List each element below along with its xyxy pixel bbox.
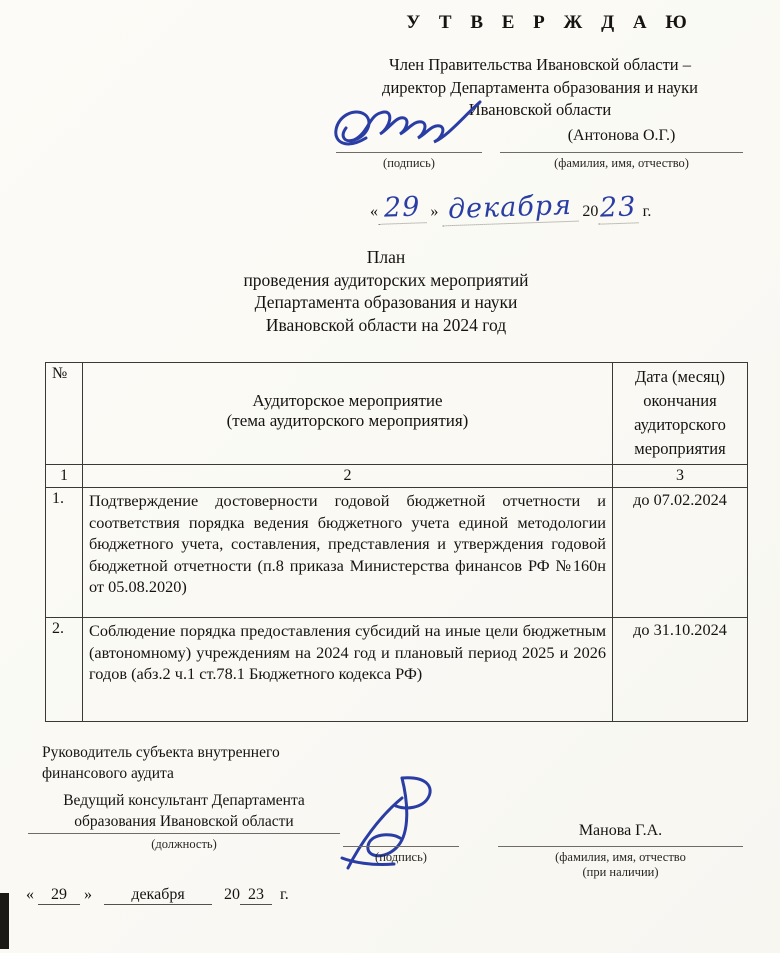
header-date-line: мероприятия xyxy=(619,437,741,461)
footer-name-caption-line: (фамилия, имя, отчество xyxy=(498,850,743,865)
header-cell-number: № xyxy=(46,363,83,465)
audit-plan-table: № Аудиторское мероприятие (тема аудиторс… xyxy=(45,362,748,722)
approval-line: директор Департамента образования и наук… xyxy=(325,77,755,100)
footer-date-month: декабря xyxy=(104,886,212,905)
footer-date-suffix: г. xyxy=(280,886,289,903)
header-cell-date: Дата (месяц) окончания аудиторского меро… xyxy=(613,363,748,465)
header-cell-event: Аудиторское мероприятие (тема аудиторско… xyxy=(83,363,613,465)
footer-role: Руководитель субъекта внутреннего финанс… xyxy=(42,742,280,784)
name-caption: (фамилия, имя, отчество) xyxy=(500,156,743,171)
footer-role-line: финансового аудита xyxy=(42,763,280,784)
approval-date-year: 23 xyxy=(598,191,639,224)
row-event-text: Подтверждение достоверности годовой бюдж… xyxy=(83,488,613,618)
approval-date-prefix: 20 xyxy=(582,203,598,220)
position-rule xyxy=(28,833,340,834)
table-row: 2. Соблюдение порядка предоставления суб… xyxy=(46,618,748,722)
signature-rule xyxy=(336,152,482,153)
footer-date: « 29 » декабря 2023 г. xyxy=(26,886,289,905)
title-line: Департамента образования и науки xyxy=(0,291,772,314)
title-line: Ивановской области на 2024 год xyxy=(0,314,772,337)
approver-name: (Антонова О.Г.) xyxy=(500,127,743,145)
approval-date: «29 » декабря 2023 г. xyxy=(370,192,651,224)
footer-name-rule xyxy=(498,846,743,847)
colnum-cell: 1 xyxy=(46,465,83,488)
document-title: План проведения аудиторских мероприятий … xyxy=(0,246,772,336)
footer-position-line: Ведущий консультант Департамента xyxy=(28,790,340,811)
approval-date-month: декабря xyxy=(442,190,579,227)
footer-date-prefix: 20 xyxy=(224,886,240,903)
title-line: проведения аудиторских мероприятий xyxy=(0,269,772,292)
position-caption: (должность) xyxy=(28,837,340,852)
footer-position-line: образования Ивановской области xyxy=(28,811,340,832)
footer-name-caption-line: (при наличии) xyxy=(498,865,743,880)
colnum-cell: 2 xyxy=(83,465,613,488)
approval-date-suffix: г. xyxy=(643,203,652,220)
header-date-line: Дата (месяц) xyxy=(619,365,741,389)
row-number: 2. xyxy=(46,618,83,722)
title-line: План xyxy=(0,246,772,269)
approval-date-day: 29 xyxy=(377,191,426,225)
footer-name-caption: (фамилия, имя, отчество (при наличии) xyxy=(498,850,743,880)
footer-signature-caption: (подпись) xyxy=(343,850,459,865)
row-date: до 07.02.2024 xyxy=(613,488,748,618)
header-event-line: Аудиторское мероприятие xyxy=(89,391,606,411)
name-rule xyxy=(500,152,743,153)
signature-antonova-icon xyxy=(332,98,484,154)
row-number: 1. xyxy=(46,488,83,618)
row-date: до 31.10.2024 xyxy=(613,618,748,722)
approval-line: Член Правительства Ивановской области – xyxy=(325,54,755,77)
footer-role-line: Руководитель субъекта внутреннего xyxy=(42,742,280,763)
header-date-line: аудиторского xyxy=(619,413,741,437)
row-event-text: Соблюдение порядка предоставления субсид… xyxy=(83,618,613,722)
footer-date-day: 29 xyxy=(38,886,80,905)
signature-caption: (подпись) xyxy=(336,156,482,171)
table-header-row: № Аудиторское мероприятие (тема аудиторс… xyxy=(46,363,748,465)
quote-close: » xyxy=(430,203,438,220)
footer-date-year: 23 xyxy=(240,886,272,905)
footer-position: Ведущий консультант Департамента образов… xyxy=(28,790,340,832)
quote-open: « xyxy=(370,203,378,220)
table-row: 1. Подтверждение достоверности годовой б… xyxy=(46,488,748,618)
column-number-row: 1 2 3 xyxy=(46,465,748,488)
document-page: У Т В Е Р Ж Д А Ю Член Правительства Ива… xyxy=(0,0,780,953)
header-date-line: окончания xyxy=(619,389,741,413)
colnum-cell: 3 xyxy=(613,465,748,488)
approval-heading: У Т В Е Р Ж Д А Ю xyxy=(340,12,760,34)
quote-open: « xyxy=(26,886,34,903)
scan-artifact xyxy=(0,893,9,949)
footer-name: Манова Г.А. xyxy=(498,822,743,840)
footer-signature-rule xyxy=(343,846,459,847)
quote-close: » xyxy=(84,886,92,903)
header-event-line: (тема аудиторского мероприятия) xyxy=(89,411,606,431)
